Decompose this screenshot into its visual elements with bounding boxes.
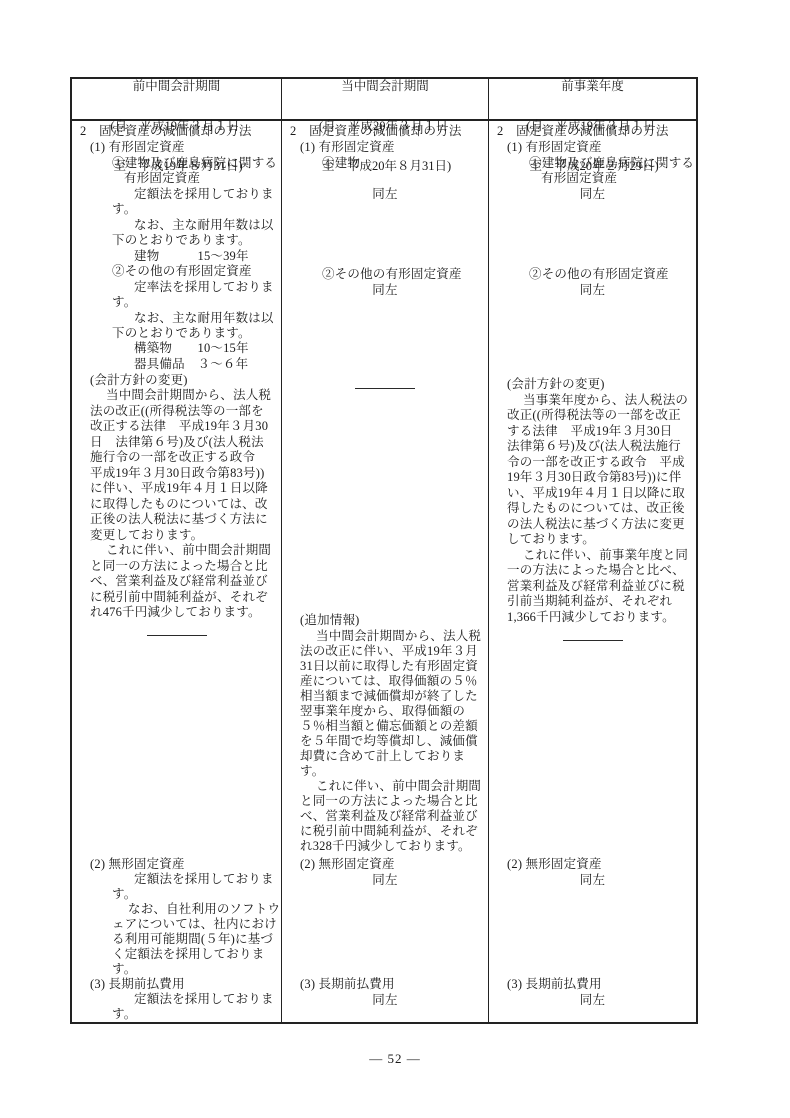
text-line: 下のとおりであります。: [72, 233, 281, 249]
text-line: 同左: [489, 187, 696, 203]
text-line: 得したものについては、改正後: [489, 501, 696, 517]
text-line: 法律第６号)及び(法人税法施行: [489, 439, 696, 455]
text-line: ５％相当額と備忘価額との差額: [282, 719, 488, 735]
text-line: しております。: [489, 532, 696, 548]
text-line: (3) 長期前払費用: [282, 977, 488, 993]
header-col-current-interim-period: 当中間会計期間 (自 平成20年３月１日 至 平成20年８月31日): [281, 79, 488, 119]
text-line: 有形固定資産: [489, 171, 696, 187]
horizontal-rule: [563, 640, 623, 641]
separator-rule: [72, 624, 281, 640]
text-line: 令の一部を改正する政令 平成: [489, 455, 696, 471]
text-line: 2 固定資産の減価償却の方法: [282, 124, 488, 140]
text-line: ェアについては、社内におけ: [72, 917, 281, 933]
header-col-prev-fiscal-year: 前事業年度 (自 平成19年３月１日 至 平成20年２月29日): [488, 79, 696, 119]
text-line: ②その他の有形固定資産: [72, 264, 281, 280]
text-line: 建物 15～39年: [72, 249, 281, 265]
text-line: 平成19年３月30日政令第83号)): [72, 466, 281, 482]
text-line: (1) 有形固定資産: [489, 140, 696, 156]
text-line: と同一の方法によった場合と比: [72, 559, 281, 575]
text-line: する法律 平成19年３月30日: [489, 424, 696, 440]
text-line: (1) 有形固定資産: [72, 140, 281, 156]
text-line: 却費に含めて計上しておりま: [282, 749, 488, 765]
text-line: す。: [72, 962, 281, 978]
table-header-row: 前中間会計期間 (自 平成19年３月１日 至 平成19年８月31日) 当中間会計…: [72, 79, 696, 121]
text-line: 施行令の一部を改正する政令: [72, 450, 281, 466]
text-line: 引前当期純利益が、それぞれ: [489, 594, 696, 610]
text-line: 2 固定資産の減価償却の方法: [489, 124, 696, 140]
text-line: (2) 無形固定資産: [282, 857, 488, 873]
text-line: い、平成19年４月１日以降に取: [489, 486, 696, 502]
text-line: 定額法を採用しておりま: [72, 872, 281, 888]
text-line: これに伴い、前中間会計期間: [72, 543, 281, 559]
column-title: 前事業年度: [489, 80, 696, 93]
text-line: く定額法を採用しておりま: [72, 947, 281, 963]
text-line: 改正する法律 平成19年３月30: [72, 419, 281, 435]
text-line: ②その他の有形固定資産: [489, 267, 696, 283]
text-line: なお、主な耐用年数は以: [72, 311, 281, 327]
text-line: れ328千円減少しております。: [282, 839, 488, 855]
separator-rule: [489, 629, 696, 645]
text-line: 同左: [489, 873, 696, 889]
text-line: 19年３月30日政令第83号))に伴: [489, 470, 696, 486]
text-line: ①建物: [282, 156, 488, 172]
page-number: — 52 —: [0, 1051, 790, 1067]
text-line: なお、自社利用のソフトウ: [72, 902, 281, 918]
text-line: これに伴い、前事業年度と同: [489, 548, 696, 564]
text-line: これに伴い、前中間会計期間: [282, 779, 488, 795]
text-line: 同左: [282, 993, 488, 1009]
text-line: 相当額まで減価償却が終了した: [282, 689, 488, 705]
text-line: を５年間で均等償却し、減価償: [282, 734, 488, 750]
text-line: 正後の法人税法に基づく方法に: [72, 512, 281, 528]
text-line: と同一の方法によった場合と比: [282, 794, 488, 810]
text-line: れ476千円減少しております。: [72, 605, 281, 621]
text-line: 改正((所得税法等の一部を改正: [489, 408, 696, 424]
text-line: (会計方針の変更): [489, 377, 696, 393]
text-line: す。: [282, 764, 488, 780]
text-line: (会計方針の変更): [72, 373, 281, 389]
text-line: 当中間会計期間から、法人税: [72, 388, 281, 404]
document-page: 前中間会計期間 (自 平成19年３月１日 至 平成19年８月31日) 当中間会計…: [0, 0, 790, 1118]
text-line: 変更しております。: [72, 528, 281, 544]
text-line: に伴い、平成19年４月１日以降: [72, 481, 281, 497]
text-line: (追加情報): [282, 613, 488, 629]
depreciation-policy-table: 前中間会計期間 (自 平成19年３月１日 至 平成19年８月31日) 当中間会計…: [70, 77, 698, 1024]
horizontal-rule: [355, 388, 415, 389]
text-line: 当中間会計期間から、法人税: [282, 629, 488, 645]
text-line: 法の改正((所得税法等の一部を: [72, 404, 281, 420]
text-line: 一の方法によった場合と比べ、: [489, 563, 696, 579]
text-line: 下のとおりであります。: [72, 326, 281, 342]
text-line: 法の改正に伴い、平成19年３月: [282, 644, 488, 660]
text-line: (2) 無形固定資産: [72, 857, 281, 873]
text-line: (2) 無形固定資産: [489, 857, 696, 873]
text-line: 同左: [282, 187, 488, 203]
text-line: 同左: [282, 283, 488, 299]
text-line: (3) 長期前払費用: [72, 977, 281, 993]
text-line: 翌事業年度から、取得価額の: [282, 704, 488, 720]
text-line: 同左: [282, 873, 488, 889]
text-line: 器具備品 ３～６年: [72, 357, 281, 373]
body-col-prev-fiscal-year: 2 固定資産の減価償却の方法(1) 有形固定資産①建物及び鹿島病院に関する有形固…: [488, 121, 696, 1022]
text-line: 同左: [489, 283, 696, 299]
horizontal-rule: [147, 635, 207, 636]
text-line: べ、営業利益及び経常利益並び: [282, 809, 488, 825]
table-body-row: 2 固定資産の減価償却の方法(1) 有形固定資産①建物及び鹿島病院に関する有形固…: [72, 121, 696, 1022]
text-line: 日 法律第６号)及び(法人税法: [72, 435, 281, 451]
text-line: 定額法を採用しておりま: [72, 992, 281, 1008]
text-line: に税引前中間純利益が、それぞ: [282, 824, 488, 840]
text-line: 2 固定資産の減価償却の方法: [72, 124, 281, 140]
text-line: 構築物 10～15年: [72, 341, 281, 357]
text-line: す。: [72, 887, 281, 903]
text-line: 当事業年度から、法人税法の: [489, 393, 696, 409]
text-line: 同左: [489, 993, 696, 1009]
header-col-prev-interim-period: 前中間会計期間 (自 平成19年３月１日 至 平成19年８月31日): [72, 79, 281, 119]
text-line: 有形固定資産: [72, 171, 281, 187]
text-line: の法人税法に基づく方法に変更: [489, 517, 696, 533]
body-col-prev-interim-period: 2 固定資産の減価償却の方法(1) 有形固定資産①建物及び鹿島病院に関する有形固…: [72, 121, 281, 1022]
text-line: 定額法を採用しておりま: [72, 187, 281, 203]
text-line: (3) 長期前払費用: [489, 977, 696, 993]
text-line: 産については、取得価額の５％: [282, 674, 488, 690]
text-line: す。: [72, 202, 281, 218]
column-title: 前中間会計期間: [72, 80, 281, 93]
separator-rule: [282, 377, 488, 393]
text-line: 31日以前に取得した有形固定資: [282, 659, 488, 675]
text-line: ①建物及び鹿島病院に関する: [72, 156, 281, 172]
text-line: べ、営業利益及び経常利益並び: [72, 574, 281, 590]
text-line: に税引前中間純利益が、それぞ: [72, 590, 281, 606]
text-line: ②その他の有形固定資産: [282, 267, 488, 283]
text-line: 定率法を採用しておりま: [72, 280, 281, 296]
text-line: に取得したものについては、改: [72, 497, 281, 513]
text-line: なお、主な耐用年数は以: [72, 218, 281, 234]
text-line: (1) 有形固定資産: [282, 140, 488, 156]
text-line: ①建物及び鹿島病院に関する: [489, 156, 696, 172]
text-line: す。: [72, 295, 281, 311]
text-line: 1,366千円減少しております。: [489, 610, 696, 626]
column-title: 当中間会計期間: [282, 80, 488, 93]
body-col-current-interim-period: 2 固定資産の減価償却の方法(1) 有形固定資産①建物同左②その他の有形固定資産…: [281, 121, 488, 1022]
text-line: る利用可能期間(５年)に基づ: [72, 932, 281, 948]
text-line: 営業利益及び経常利益並びに税: [489, 579, 696, 595]
text-line: す。: [72, 1007, 281, 1023]
